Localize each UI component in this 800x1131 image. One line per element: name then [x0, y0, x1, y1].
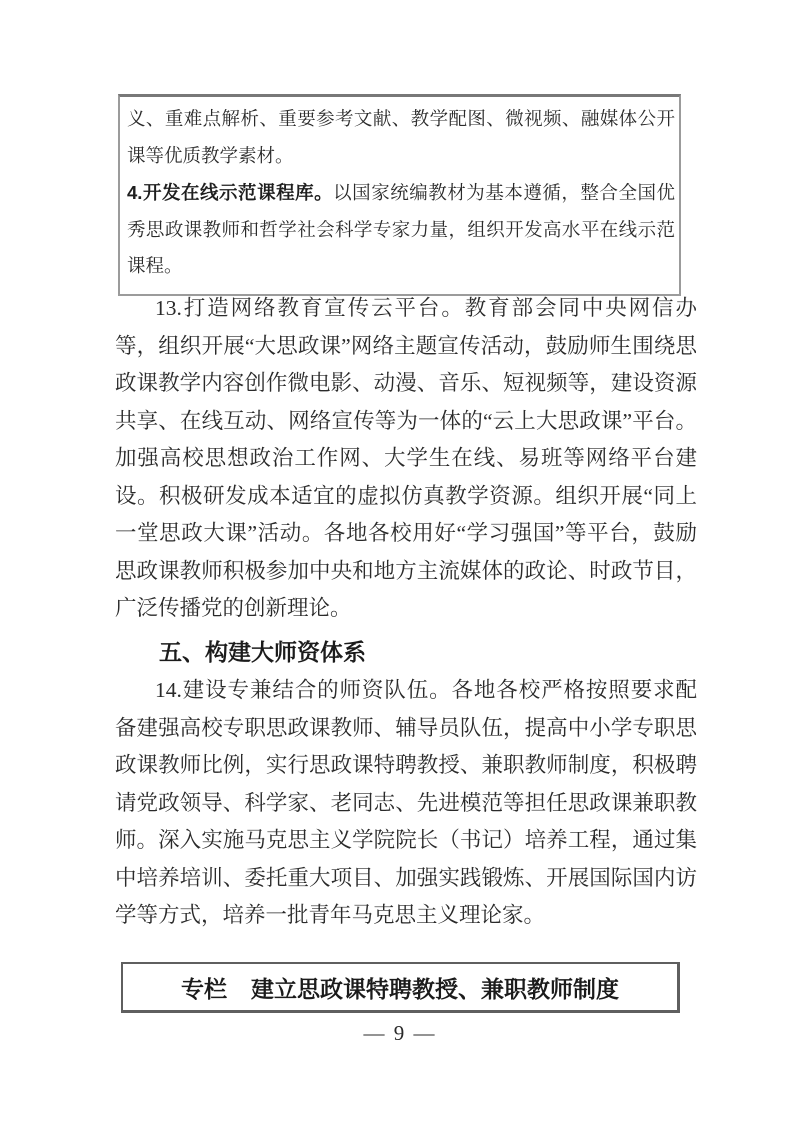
column-title-box: 专栏 建立思政课特聘教授、兼职教师制度 [121, 962, 680, 1013]
box-continuation-text: 义、重难点解析、重要参考文献、教学配图、微视频、融媒体公开课等优质教学素材。 [127, 102, 675, 175]
paragraph-13: 13.打造网络教育宣传云平台。教育部会同中央网信办等，组织开展“大思政课”网络主… [115, 290, 697, 628]
paragraph-13-body: 教育部会同中央网信办等，组织开展“大思政课”网络主题宣传活动，鼓励师生围绕思政课… [115, 296, 697, 620]
paragraph-14: 14.建设专兼结合的师资队伍。各地各校严格按照要求配备建强高校专职思政课教师、辅… [115, 672, 697, 935]
column-title: 建立思政课特聘教授、兼职教师制度 [251, 971, 619, 1004]
paragraph-13-text: 13.打造网络教育宣传云平台。教育部会同中央网信办等，组织开展“大思政课”网络主… [115, 290, 697, 628]
paragraph-14-body: 各地各校严格按照要求配备建强高校专职思政课教师、辅导员队伍，提高中小学专职思政课… [115, 678, 697, 927]
section-heading-5: 五、构建大师资体系 [115, 634, 741, 667]
paragraph-14-text: 14.建设专兼结合的师资队伍。各地各校严格按照要求配备建强高校专职思政课教师、辅… [115, 672, 697, 935]
paragraph-13-lead: 13.打造网络教育宣传云平台。 [155, 296, 465, 320]
box-item-4: 4.开发在线示范课程库。以国家统编教材为基本遵循，整合全国优秀思政课教师和哲学社… [127, 175, 675, 286]
paragraph-14-lead: 14.建设专兼结合的师资队伍。 [155, 678, 452, 702]
page-number: — 9 — [0, 1021, 800, 1046]
top-framed-box: 义、重难点解析、重要参考文献、教学配图、微视频、融媒体公开课等优质教学素材。 4… [118, 94, 681, 296]
item-4-lead: 4.开发在线示范课程库。 [127, 182, 333, 203]
column-label: 专栏 [181, 971, 227, 1004]
document-page: 义、重难点解析、重要参考文献、教学配图、微视频、融媒体公开课等优质教学素材。 4… [0, 0, 800, 1131]
